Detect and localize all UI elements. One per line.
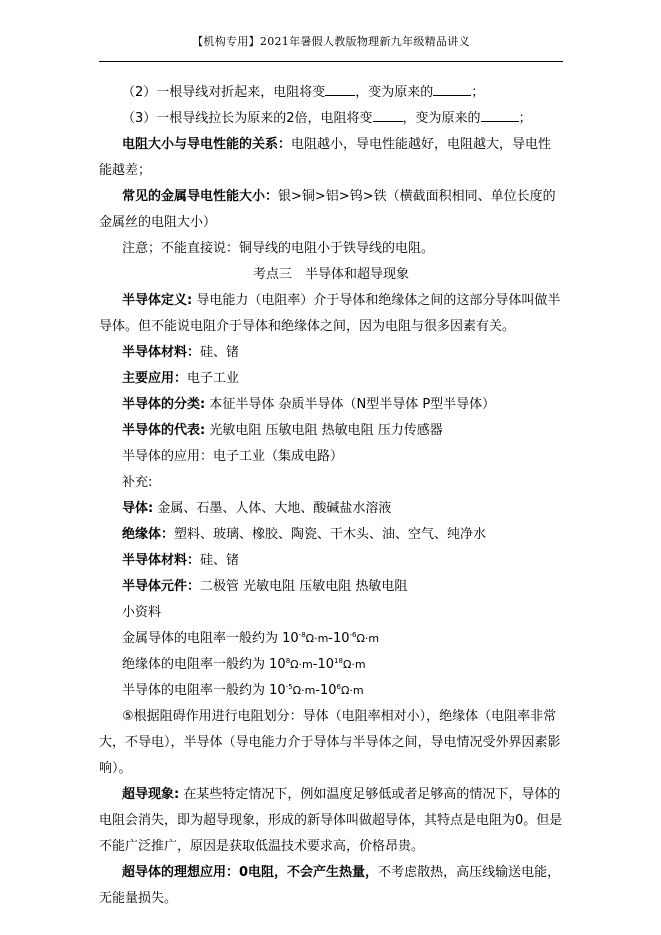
super-app-bold-text: 0电阻，不会产生热量， (239, 865, 378, 880)
resistivity-insulator: 绝缘体的电阻率一般约为 108Ω·m-1018Ω·m (99, 652, 563, 678)
semi-parts-label: 半导体元件： (122, 579, 200, 594)
relation-label: 电阻大小与导电性能的关系： (122, 137, 291, 152)
resistivity-insulator-prefix: 绝缘体的电阻率一般约为 10 (122, 657, 286, 672)
semi-class-text: 本征半导体 杂质半导体（N型半导体 P型半导体） (205, 397, 495, 412)
answer-blank-2 (433, 81, 471, 96)
question-2-middle: ，变为原来的 (355, 85, 433, 100)
question-3-middle: ，变为原来的 (403, 111, 481, 126)
answer-blank-4 (481, 107, 519, 122)
superconductor-application: 超导体的理想应用：0电阻，不会产生热量，不考虑散热，高压线输送电能，无能量损失。 (99, 860, 563, 912)
super-app-label: 超导体的理想应用： (122, 865, 239, 880)
insulator-label: 绝缘体： (122, 527, 174, 542)
question-2-suffix: ； (471, 85, 484, 100)
unit: Ω·m (341, 684, 364, 697)
unit: Ω·m (293, 684, 316, 697)
conductor-text: 金属、石墨、人体、大地、酸碱盐水溶液 (153, 501, 391, 516)
answer-blank-3 (373, 107, 403, 122)
unit: Ω·m (290, 658, 313, 671)
section-title: 考点三 半导体和超导现象 (99, 262, 563, 288)
note: 注意；不能直接说：铜导线的电阻小于铁导线的电阻。 (99, 236, 563, 262)
question-2-text: （2）一根导线对折起来，电阻将变 (122, 85, 325, 100)
resistivity-semiconductor: 半导体的电阻率一般约为 10-5Ω·m-106Ω·m (99, 678, 563, 704)
semi-def-label: 半导体定义: (122, 293, 192, 308)
semiconductor-material: 半导体材料：硅、锗 (99, 340, 563, 366)
semi-material-label: 半导体材料： (122, 345, 200, 360)
metals-label: 常见的金属导电性能大小： (122, 189, 278, 204)
semiconductor-material-2: 半导体材料：硅、锗 (99, 548, 563, 574)
question-3: （3）一根导线拉长为原来的2倍，电阻将变，变为原来的； (99, 106, 563, 132)
main-application: 主要应用：电子工业 (99, 366, 563, 392)
insulator-list: 绝缘体：塑料、玻璃、橡胶、陶瓷、干木头、油、空气、纯净水 (99, 522, 563, 548)
question-3-suffix: ； (519, 111, 532, 126)
conductor-label: 导体: (122, 501, 153, 516)
semi-repr-label: 半导体的代表: (122, 423, 205, 438)
main-app-label: 主要应用： (122, 371, 187, 386)
semiconductor-application: 半导体的应用：电子工业（集成电路） (99, 444, 563, 470)
resistance-conductivity-relation: 电阻大小与导电性能的关系：电阻越小，导电性能越好，电阻越大，导电性能越差； (99, 132, 563, 184)
question-3-text: （3）一根导线拉长为原来的2倍，电阻将变 (122, 111, 373, 126)
document-body: （2）一根导线对折起来，电阻将变，变为原来的； （3）一根导线拉长为原来的2倍，… (99, 80, 563, 912)
range-separator: -10 (315, 683, 336, 698)
resistivity-semiconductor-prefix: 半导体的电阻率一般约为 10 (122, 683, 286, 698)
header-divider (99, 61, 563, 62)
exponent: -6 (350, 631, 357, 639)
semiconductor-classification: 半导体的分类: 本征半导体 杂质半导体（N型半导体 P型半导体） (99, 392, 563, 418)
page-header: 【机构专用】2021年暑假人教版物理新九年级精品讲义 (99, 34, 563, 50)
semiconductor-components: 半导体元件：二极管 光敏电阻 压敏电阻 热敏电阻 (99, 574, 563, 600)
range-separator: -10 (328, 631, 349, 646)
main-app-text: 电子工业 (187, 371, 239, 386)
conductor-list: 导体: 金属、石墨、人体、大地、酸碱盐水溶液 (99, 496, 563, 522)
semiconductor-definition: 半导体定义: 导电能力（电阻率）介于导体和绝缘体之间的这部分导体叫做半导体。但不… (99, 288, 563, 340)
range-separator: -10 (313, 657, 334, 672)
exponent: -5 (286, 683, 293, 691)
semi-material-2-text: 硅、锗 (200, 553, 239, 568)
small-info-heading: 小资料 (99, 600, 563, 626)
resistivity-metal-prefix: 金属导体的电阻率一般约为 10 (122, 631, 299, 646)
semiconductor-representatives: 半导体的代表: 光敏电阻 压敏电阻 热敏电阻 压力传感器 (99, 418, 563, 444)
unit: Ω·m (306, 632, 329, 645)
answer-blank-1 (325, 81, 355, 96)
superconduct-label: 超导现象: (122, 787, 179, 802)
unit: Ω·m (343, 658, 366, 671)
resistivity-metal: 金属导体的电阻率一般约为 10-8Ω·m-10-6Ω·m (99, 626, 563, 652)
semi-material-text: 硅、锗 (200, 345, 239, 360)
superconductivity: 超导现象: 在某些特定情况下，例如温度足够低或者足够高的情况下，导体的电阻会消失… (99, 782, 563, 860)
question-2: （2）一根导线对折起来，电阻将变，变为原来的； (99, 80, 563, 106)
supplement-heading: 补充: (99, 470, 563, 496)
resistance-division: ⑤根据阻碍作用进行电阻划分：导体（电阻率相对小），绝缘体（电阻率非常大，不导电）… (99, 704, 563, 782)
insulator-text: 塑料、玻璃、橡胶、陶瓷、干木头、油、空气、纯净水 (174, 527, 486, 542)
semi-parts-text: 二极管 光敏电阻 压敏电阻 热敏电阻 (200, 579, 407, 594)
semi-repr-text: 光敏电阻 压敏电阻 热敏电阻 压力传感器 (205, 423, 443, 438)
exponent: 18 (334, 657, 343, 665)
unit: Ω·m (357, 632, 380, 645)
semi-class-label: 半导体的分类: (122, 397, 205, 412)
exponent: -8 (299, 631, 306, 639)
metal-conductivity-order: 常见的金属导电性能大小：银>铜>铝>钨>铁（横截面积相同、单位长度的金属丝的电阻… (99, 184, 563, 236)
semi-material-2-label: 半导体材料： (122, 553, 200, 568)
